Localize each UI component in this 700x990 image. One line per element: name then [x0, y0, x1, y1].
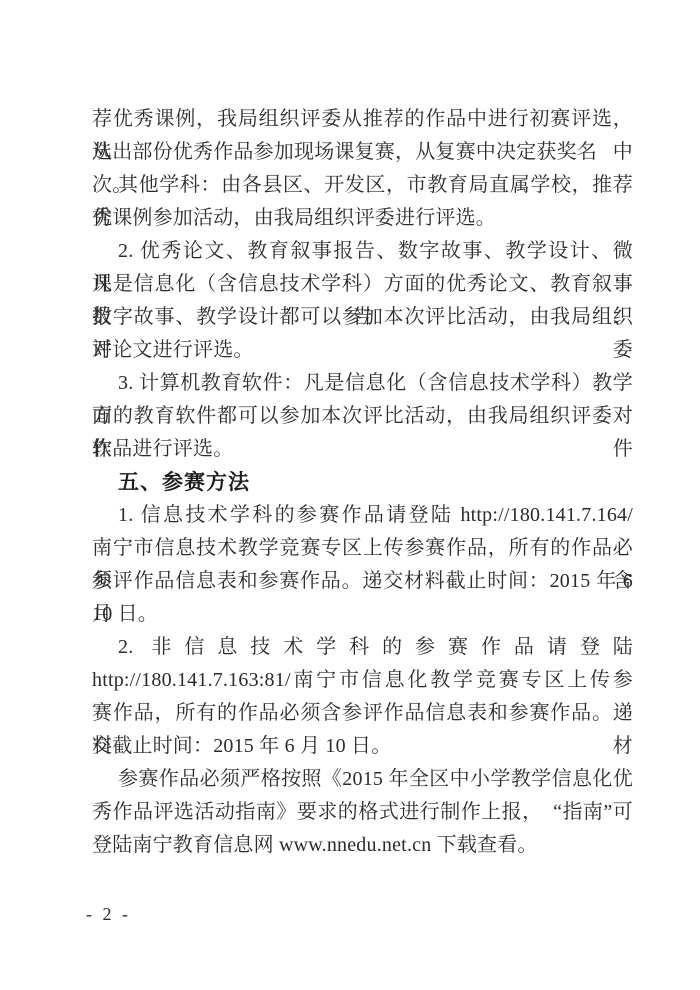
page-number: - 2 - [86, 901, 131, 927]
text-line: 秀作品评选活动指南》要求的格式进行制作上报， “指南”可 [92, 796, 633, 829]
text-line: 参赛作品必须严格按照《2015 年全区中小学教学信息化优 [92, 763, 633, 796]
text-line: 数字故事、教学设计都可以参加本次评比活动，由我局组织评委 [92, 301, 633, 334]
text-line: 1. 信息技术学科的参赛作品请登陆 http://180.141.7.164/ [92, 499, 633, 532]
text-line: 其他学科：由各县区、开发区，市教育局直属学校，推荐优 [92, 169, 633, 202]
text-line: 秀课例参加活动，由我局组织评委进行评选。 [92, 202, 633, 235]
text-line: 10 日。 [92, 598, 633, 631]
text-line: 2. 非信息技术学科的参赛作品请登陆 [92, 631, 633, 664]
text-line: 2. 优秀论文、教育叙事报告、数字故事、教学设计、微课： [92, 235, 633, 268]
text-line: 面的教育软件都可以参加本次评比活动，由我局组织评委对软件 [92, 400, 633, 433]
text-line: 荐优秀课例，我局组织评委从推荐的作品中进行初赛评选，从中 [92, 103, 633, 136]
text-line: 赛作品，所有的作品必须含参评作品信息表和参赛作品。递交材 [92, 697, 633, 730]
document-text-block: 荐优秀课例，我局组织评委从推荐的作品中进行初赛评选，从中 选出部份优秀作品参加现… [92, 103, 633, 862]
text-line: 选出部份优秀作品参加现场课复赛，从复赛中决定获奖名次。 [92, 136, 633, 169]
text-line: 参评作品信息表和参赛作品。递交材料截止时间：2015 年 6 月 [92, 565, 633, 598]
text-line: 3. 计算机教育软件：凡是信息化（含信息技术学科）教学方 [92, 367, 633, 400]
text-line: 登陆南宁教育信息网 www.nnedu.net.cn 下载查看。 [92, 829, 633, 862]
text-line: 南宁市信息技术教学竞赛专区上传参赛作品，所有的作品必须含 [92, 532, 633, 565]
text-line: 凡是信息化（含信息技术学科）方面的优秀论文、教育叙事报告、 [92, 268, 633, 301]
section-heading: 五、参赛方法 [92, 466, 633, 499]
text-line: http://180.141.7.163:81/南宁市信息化教学竞赛专区上传参 [92, 664, 633, 697]
document-page: 荐优秀课例，我局组织评委从推荐的作品中进行初赛评选，从中 选出部份优秀作品参加现… [0, 0, 700, 990]
